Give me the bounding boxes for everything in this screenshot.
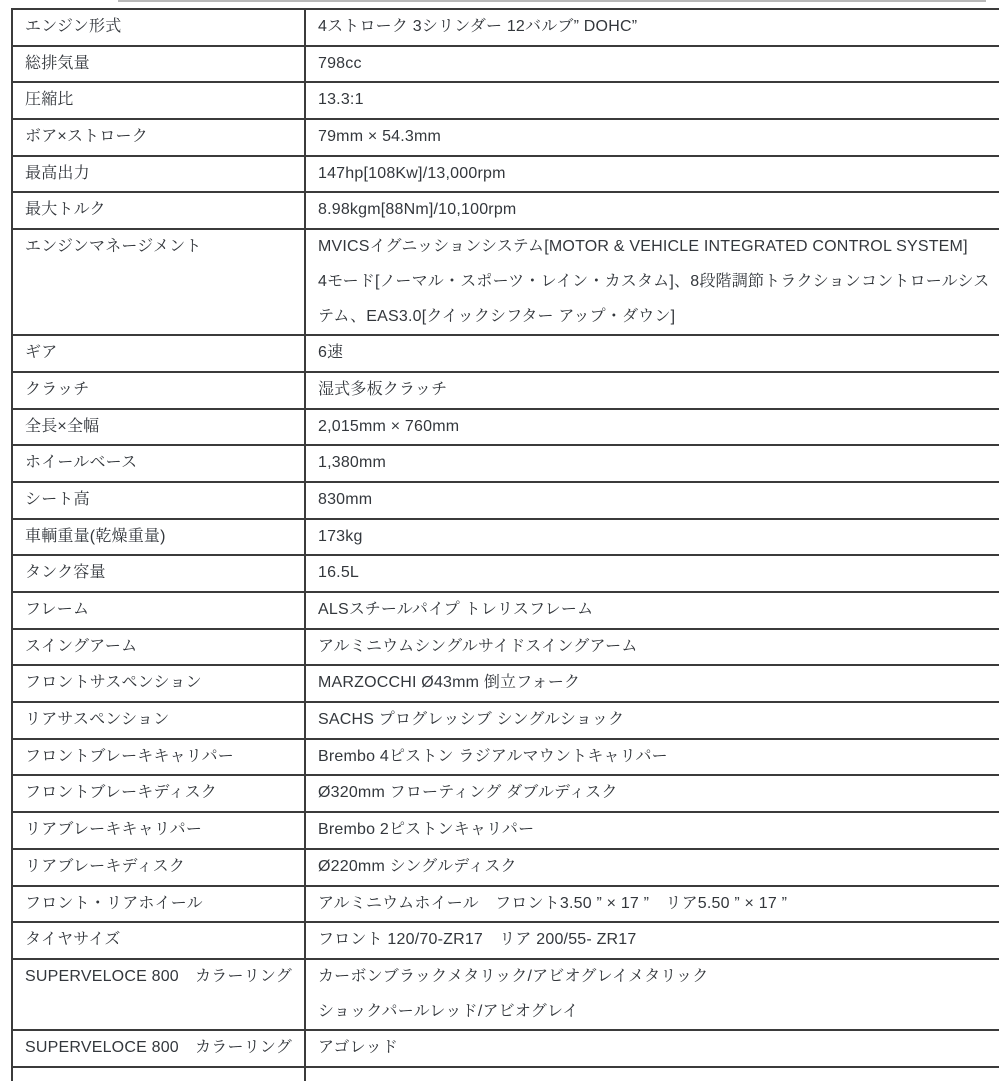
- spec-value-cell: 147hp[108Kw]/13,000rpm: [305, 156, 999, 193]
- spec-label-cell: タンク容量: [12, 555, 305, 592]
- spec-value-line: 830mm: [318, 483, 989, 518]
- spec-value-cell: 2,015mm × 760mm: [305, 409, 999, 446]
- spec-value-line: SACHS プログレッシブ シングルショック: [318, 703, 989, 738]
- spec-value-line: 147hp[108Kw]/13,000rpm: [318, 157, 989, 192]
- spec-row: リアブレーキディスクØ220mm シングルディスク: [12, 849, 999, 886]
- spec-row: フロントブレーキキャリパーBrembo 4ピストン ラジアルマウントキャリパー: [12, 739, 999, 776]
- spec-value-cell: 4ストローク 3シリンダー 12バルブ” DOHC”: [305, 9, 999, 46]
- spec-row: 圧縮比13.3:1: [12, 82, 999, 119]
- spec-row: 総排気量798cc: [12, 46, 999, 83]
- spec-value-line: Brembo 4ピストン ラジアルマウントキャリパー: [318, 740, 989, 775]
- spec-value-cell: 8.98kgm[88Nm]/10,100rpm: [305, 192, 999, 229]
- spec-label-cell: 最大トルク: [12, 192, 305, 229]
- spec-row: 全長×全幅2,015mm × 760mm: [12, 409, 999, 446]
- spec-value-cell: MVICSイグニッションシステム[MOTOR & VEHICLE INTEGRA…: [305, 229, 999, 335]
- spec-row: SUPERVELOCE 800 カラーリングカーボンブラックメタリック/アビオグ…: [12, 959, 999, 1024]
- spec-value-line: Ø320mm フローティング ダブルディスク: [318, 776, 989, 811]
- spec-row: ギア6速: [12, 335, 999, 372]
- spec-label: タイヤサイズ: [25, 923, 292, 958]
- spec-label-cell: フレーム: [12, 592, 305, 629]
- spec-value-line: 798cc: [318, 47, 989, 82]
- spec-label-cell: フロントサスペンション: [12, 665, 305, 702]
- spec-value-line: 13.3:1: [318, 83, 989, 118]
- spec-value-line: 2,015mm × 760mm: [318, 410, 989, 445]
- spec-label: フロントサスペンション: [25, 666, 292, 701]
- spec-label: ギア: [25, 336, 292, 371]
- spec-row: タンク容量16.5L: [12, 555, 999, 592]
- spec-value-line: 4モード[ノーマル・スポーツ・レイン・カスタム]、8段階調節トラクションコントロ…: [318, 265, 989, 300]
- spec-value-cell: 798cc: [305, 46, 999, 83]
- spec-value-cell: 6速: [305, 335, 999, 372]
- spec-label: 最高出力: [25, 157, 292, 192]
- spec-value-cell: 13.3:1: [305, 82, 999, 119]
- spec-value-line: 6速: [318, 336, 989, 371]
- spec-label-cell: 全長×全幅: [12, 409, 305, 446]
- spec-label-cell: 圧縮比: [12, 82, 305, 119]
- spec-row: スイングアームアルミニウムシングルサイドスイングアーム: [12, 629, 999, 666]
- spec-value-line: Brembo 2ピストンキャリパー: [318, 813, 989, 848]
- spec-label-cell: SUPERVELOCE 800 カラーリング: [12, 959, 305, 1024]
- spec-value-line: 4ストローク 3シリンダー 12バルブ” DOHC”: [318, 10, 989, 45]
- spec-row: 最大トルク8.98kgm[88Nm]/10,100rpm: [12, 192, 999, 229]
- spec-value-line: ショックパールレッド/アビオグレイ: [318, 995, 989, 1024]
- spec-label: ホイールベース: [25, 446, 292, 481]
- spec-label-cell: リアサスペンション: [12, 702, 305, 739]
- spec-value-line: アルミニウムホイール フロント3.50 ” × 17 ” リア5.50 ” × …: [318, 887, 989, 922]
- spec-label: タンク容量: [25, 556, 292, 591]
- spec-value-line: 173kg: [318, 520, 989, 555]
- spec-value-line: MVICSイグニッションシステム[MOTOR & VEHICLE INTEGRA…: [318, 230, 989, 265]
- spec-label-cell: フロントブレーキキャリパー: [12, 739, 305, 776]
- spec-value-cell: アルミニウムホイール フロント3.50 ” × 17 ” リア5.50 ” × …: [305, 886, 999, 923]
- spec-row: リアブレーキキャリパーBrembo 2ピストンキャリパー: [12, 812, 999, 849]
- spec-label: 車輌重量(乾燥重量): [25, 520, 292, 555]
- spec-value-cell: Brembo 4ピストン ラジアルマウントキャリパー: [305, 739, 999, 776]
- spec-label-cell: ボア×ストローク: [12, 119, 305, 156]
- spec-value-line: テム、EAS3.0[クイックシフター アップ・ダウン]: [318, 300, 989, 335]
- spec-label: 最大トルク: [25, 193, 292, 228]
- spec-value-cell: ALSスチールパイプ トレリスフレーム: [305, 592, 999, 629]
- spec-value-cell: Ø320mm フローティング ダブルディスク: [305, 775, 999, 812]
- spec-row: フレームALSスチールパイプ トレリスフレーム: [12, 592, 999, 629]
- spec-label: 総排気量: [25, 47, 292, 82]
- spec-label-cell: シート高: [12, 482, 305, 519]
- spec-label: スイングアーム: [25, 630, 292, 665]
- spec-row: タイヤサイズフロント 120/70-ZR17 リア 200/55- ZR17: [12, 922, 999, 959]
- spec-value-cell: 830mm: [305, 482, 999, 519]
- spec-value-line: 湿式多板クラッチ: [318, 373, 989, 408]
- spec-value-line: カーボンブラックメタリック/アビオグレイメタリック: [318, 960, 989, 995]
- spec-label: ボア×ストローク: [25, 120, 292, 155]
- spec-label-cell: 車輌重量(乾燥重量): [12, 519, 305, 556]
- spec-row: シート高830mm: [12, 482, 999, 519]
- spec-label: フロントブレーキキャリパー: [25, 740, 292, 775]
- spec-value-cell: SACHS プログレッシブ シングルショック: [305, 702, 999, 739]
- spec-row: エンジン形式4ストローク 3シリンダー 12バルブ” DOHC”: [12, 9, 999, 46]
- spec-value-line: 79mm × 54.3mm: [318, 120, 989, 155]
- spec-label: シート高: [25, 483, 292, 518]
- spec-value-cell: 1,380mm: [305, 445, 999, 482]
- spec-label-cell: 総排気量: [12, 46, 305, 83]
- spec-row: フロントサスペンションMARZOCCHI Ø43mm 倒立フォーク: [12, 665, 999, 702]
- spec-label-cell: クラッチ: [12, 372, 305, 409]
- spec-label-cell: リアブレーキディスク: [12, 849, 305, 886]
- spec-value-cell: MARZOCCHI Ø43mm 倒立フォーク: [305, 665, 999, 702]
- spec-table-body: エンジン形式4ストローク 3シリンダー 12バルブ” DOHC”総排気量798c…: [12, 9, 999, 1024]
- spec-value-cell: フロント 120/70-ZR17 リア 200/55- ZR17: [305, 922, 999, 959]
- spec-label: 全長×全幅: [25, 410, 292, 445]
- spec-value-line: 1,380mm: [318, 446, 989, 481]
- spec-label-cell: ホイールベース: [12, 445, 305, 482]
- spec-row: リアサスペンションSACHS プログレッシブ シングルショック: [12, 702, 999, 739]
- spec-value-line: 8.98kgm[88Nm]/10,100rpm: [318, 193, 989, 228]
- spec-value-line: フロント 120/70-ZR17 リア 200/55- ZR17: [318, 923, 989, 958]
- spec-label: リアサスペンション: [25, 703, 292, 738]
- top-partial-row-line: [118, 0, 986, 2]
- spec-label: リアブレーキキャリパー: [25, 813, 292, 848]
- spec-value-cell: Brembo 2ピストンキャリパー: [305, 812, 999, 849]
- spec-label-cell: フロントブレーキディスク: [12, 775, 305, 812]
- spec-label-cell: ギア: [12, 335, 305, 372]
- spec-value-cell: 173kg: [305, 519, 999, 556]
- spec-value-cell: Ø220mm シングルディスク: [305, 849, 999, 886]
- spec-value-cell: カーボンブラックメタリック/アビオグレイメタリックショックパールレッド/アビオグ…: [305, 959, 999, 1024]
- spec-value-line: Ø220mm シングルディスク: [318, 850, 989, 885]
- spec-row: エンジンマネージメントMVICSイグニッションシステム[MOTOR & VEHI…: [12, 229, 999, 335]
- spec-label-cell: 最高出力: [12, 156, 305, 193]
- spec-value-line: MARZOCCHI Ø43mm 倒立フォーク: [318, 666, 989, 701]
- spec-label: フロント・リアホイール: [25, 887, 292, 922]
- spec-label: フレーム: [25, 593, 292, 628]
- spec-value-line: アルミニウムシングルサイドスイングアーム: [318, 630, 989, 665]
- spec-value-cell: 79mm × 54.3mm: [305, 119, 999, 156]
- spec-label-cell: スイングアーム: [12, 629, 305, 666]
- spec-label-cell: リアブレーキキャリパー: [12, 812, 305, 849]
- spec-label: クラッチ: [25, 373, 292, 408]
- spec-label-cell: フロント・リアホイール: [12, 886, 305, 923]
- spec-row: ボア×ストローク79mm × 54.3mm: [12, 119, 999, 156]
- spec-label: エンジンマネージメント: [25, 230, 292, 265]
- spec-value-cell: 16.5L: [305, 555, 999, 592]
- spec-row: ホイールベース1,380mm: [12, 445, 999, 482]
- spec-label: リアブレーキディスク: [25, 850, 292, 885]
- spec-row: 最高出力147hp[108Kw]/13,000rpm: [12, 156, 999, 193]
- spec-label: エンジン形式: [25, 10, 292, 45]
- spec-label: 圧縮比: [25, 83, 292, 118]
- spec-label: SUPERVELOCE 800 カラーリング: [25, 960, 292, 995]
- spec-label: フロントブレーキディスク: [25, 776, 292, 811]
- spec-label-cell: タイヤサイズ: [12, 922, 305, 959]
- spec-row: フロント・リアホイールアルミニウムホイール フロント3.50 ” × 17 ” …: [12, 886, 999, 923]
- spec-value-line: 16.5L: [318, 556, 989, 591]
- spec-row: クラッチ湿式多板クラッチ: [12, 372, 999, 409]
- spec-value-line: ALSスチールパイプ トレリスフレーム: [318, 593, 989, 628]
- spec-row: 車輌重量(乾燥重量)173kg: [12, 519, 999, 556]
- spec-label-cell: エンジンマネージメント: [12, 229, 305, 335]
- spec-table: エンジン形式4ストローク 3シリンダー 12バルブ” DOHC”総排気量798c…: [11, 8, 999, 1024]
- spec-row: フロントブレーキディスクØ320mm フローティング ダブルディスク: [12, 775, 999, 812]
- spec-label-cell: エンジン形式: [12, 9, 305, 46]
- spec-value-cell: 湿式多板クラッチ: [305, 372, 999, 409]
- spec-value-cell: アルミニウムシングルサイドスイングアーム: [305, 629, 999, 666]
